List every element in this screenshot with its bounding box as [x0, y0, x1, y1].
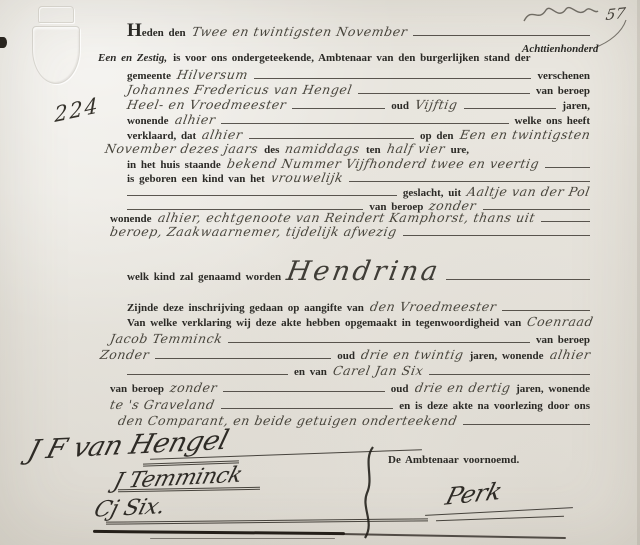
handwritten-entry: namiddags — [284, 143, 361, 156]
printed-text: wonende — [127, 116, 169, 127]
printed-text: en is deze akte na voorlezing door ons — [399, 401, 590, 412]
rule-line — [358, 83, 530, 94]
form-line: Jacob Temminck van beroep — [110, 332, 590, 347]
rule-line — [254, 68, 531, 79]
rule-line — [228, 332, 529, 343]
form-line: Van welke verklaring wij deze akte hebbe… — [127, 316, 590, 331]
printed-text: welke ons heeft — [515, 116, 591, 127]
form-line: Heel- en Vroedmeester oud Vijftig jaren, — [127, 98, 590, 113]
handwritten-entry: drie en dertig — [413, 382, 511, 395]
seal-crown-icon — [38, 6, 74, 23]
rule-line — [502, 300, 590, 311]
rule-line — [446, 269, 590, 280]
rule-line — [127, 185, 397, 196]
form-line: geslacht, uit Aaltje van der Pol — [127, 185, 590, 200]
handwritten-entry: Jacob Temminck — [109, 333, 224, 346]
printed-text: is geboren een kind van het — [127, 174, 265, 185]
handwritten-entry: alhier — [173, 114, 216, 127]
handwritten-entry: Een en twintigsten — [458, 129, 591, 142]
printed-text: ten — [366, 145, 381, 156]
rule-line — [221, 113, 508, 124]
document-page: 57 224 Heden den Twee en twintigsten Nov… — [0, 0, 640, 545]
printed-text: Een en Zestig, — [98, 53, 167, 64]
printed-text: jaren, wonende — [516, 384, 590, 395]
form-line: te 's Graveland en is deze akte na voorl… — [110, 398, 590, 413]
handwritten-entry: den Comparant, en beide getuigen onderte… — [117, 415, 458, 428]
printed-text: gemeente — [127, 71, 171, 82]
printed-text: en van — [294, 367, 327, 378]
handwritten-entry: bekend Nummer Vijfhonderd twee en veerti… — [226, 158, 540, 171]
printed-text: Heden den — [127, 21, 186, 40]
handwritten-entry: Zonder — [99, 349, 150, 362]
printed-text: oud — [391, 384, 409, 395]
printed-text: oud — [391, 101, 409, 112]
rule-line — [403, 225, 590, 236]
rule-line — [464, 98, 557, 109]
rule-line — [292, 98, 385, 109]
form-line: en van Carel Jan Six — [127, 364, 590, 379]
printed-text: des — [264, 145, 279, 156]
rule-line — [349, 171, 590, 182]
rule-line — [483, 199, 590, 210]
signature-witness-2: Cj Six. — [91, 496, 167, 522]
form-line: in het huis staande bekend Nummer Vijfho… — [127, 157, 590, 172]
handwritten-entry: te 's Graveland — [109, 399, 216, 412]
form-line: Zijnde deze inschrijving gedaan op aangi… — [127, 300, 590, 315]
seal-shield-icon — [32, 26, 80, 84]
form-line: van beroep zonder oud drie en dertig jar… — [110, 381, 590, 396]
child-name-entry: Hendrina — [285, 258, 443, 285]
scan-edge-line — [150, 538, 335, 539]
printed-text: welk kind zal genaamd worden — [127, 272, 281, 283]
handwritten-entry: den Vroedmeester — [369, 301, 498, 314]
form-line: welk kind zal genaamd worden Hendrina — [127, 258, 590, 288]
handwritten-entry: Heel- en Vroedmeester — [126, 99, 288, 112]
rule-line — [127, 199, 363, 210]
rule-line — [223, 381, 385, 392]
signature-declarant: J F van Hengel — [25, 427, 231, 464]
printed-text: in het huis staande — [127, 160, 221, 171]
rule-line — [413, 25, 590, 36]
printed-text: verschenen — [537, 71, 590, 82]
handwritten-entry: Carel Jan Six — [332, 365, 424, 378]
handwritten-entry: alhier, echtgenoote van Reindert Kamphor… — [156, 212, 535, 225]
rule-line — [545, 157, 590, 168]
printed-text: Van welke verklaring wij deze akte hebbe… — [127, 318, 521, 329]
form-line: beroep, Zaakwaarnemer, tijdelijk afwezig — [110, 225, 590, 240]
signature-flourish — [436, 516, 564, 521]
handwritten-entry: zonder — [169, 382, 218, 395]
rule-line — [541, 211, 590, 222]
handwritten-entry: November dezes jaars — [104, 143, 259, 156]
form-line: Heden den Twee en twintigsten November — [127, 21, 590, 36]
handwritten-entry: vrouwelijk — [270, 172, 344, 185]
rule-line — [221, 398, 394, 409]
handwritten-entry: Aaltje van der Pol — [466, 186, 591, 199]
printed-text: is voor ons ondergeteekende, Ambtenaar v… — [173, 53, 530, 64]
handwritten-entry: Vijftig — [414, 99, 459, 112]
handwritten-entry: beroep, Zaakwaarnemer, tijdelijk afwezig — [109, 226, 398, 239]
printed-text: jaren, — [562, 101, 590, 112]
handwritten-entry: Coenraad — [526, 316, 594, 329]
printed-text: De Ambtenaar voornoemd. — [388, 455, 519, 466]
handwritten-entry: Hilversum — [176, 69, 249, 82]
embossed-seal-icon — [18, 4, 92, 96]
printed-text: van beroep — [536, 86, 590, 97]
curly-brace-icon — [358, 446, 380, 540]
handwritten-entry: Twee en twintigsten November — [191, 26, 409, 39]
handwritten-entry: alhier — [548, 349, 591, 362]
handwritten-entry: drie en twintig — [360, 349, 465, 362]
printed-text: van beroep — [536, 335, 590, 346]
form-line: Een en Zestig, is voor ons ondergeteeken… — [98, 53, 590, 68]
form-line: wonende alhier welke ons heeft — [127, 113, 590, 128]
scan-edge-mark — [0, 37, 7, 48]
handwritten-entry: half vier — [386, 143, 446, 156]
act-number: 224 — [55, 93, 100, 127]
form-line: Zonder oud drie en twintig jaren, wonend… — [100, 348, 590, 363]
handwritten-entry: alhier — [201, 129, 244, 142]
handwritten-entry: Johannes Fredericus van Hengel — [126, 84, 353, 97]
printed-text: Zijnde deze inschrijving gedaan op aangi… — [127, 303, 364, 314]
printed-text: van beroep — [110, 384, 164, 395]
printed-text: jaren, wonende — [470, 351, 544, 362]
official-title-line: De Ambtenaar voornoemd. — [388, 455, 519, 470]
rule-line — [463, 414, 590, 425]
form-line: Johannes Fredericus van Hengel van beroe… — [127, 83, 590, 98]
form-line: gemeente Hilversum verschenen — [127, 68, 590, 83]
printed-text: ure, — [451, 145, 469, 156]
printed-text: oud — [337, 351, 355, 362]
rule-line — [127, 364, 288, 375]
scan-edge-line — [93, 530, 345, 535]
rule-line — [249, 128, 414, 139]
rule-line — [429, 364, 590, 375]
rule-line — [155, 348, 331, 359]
signature-official: Perk — [443, 479, 504, 508]
